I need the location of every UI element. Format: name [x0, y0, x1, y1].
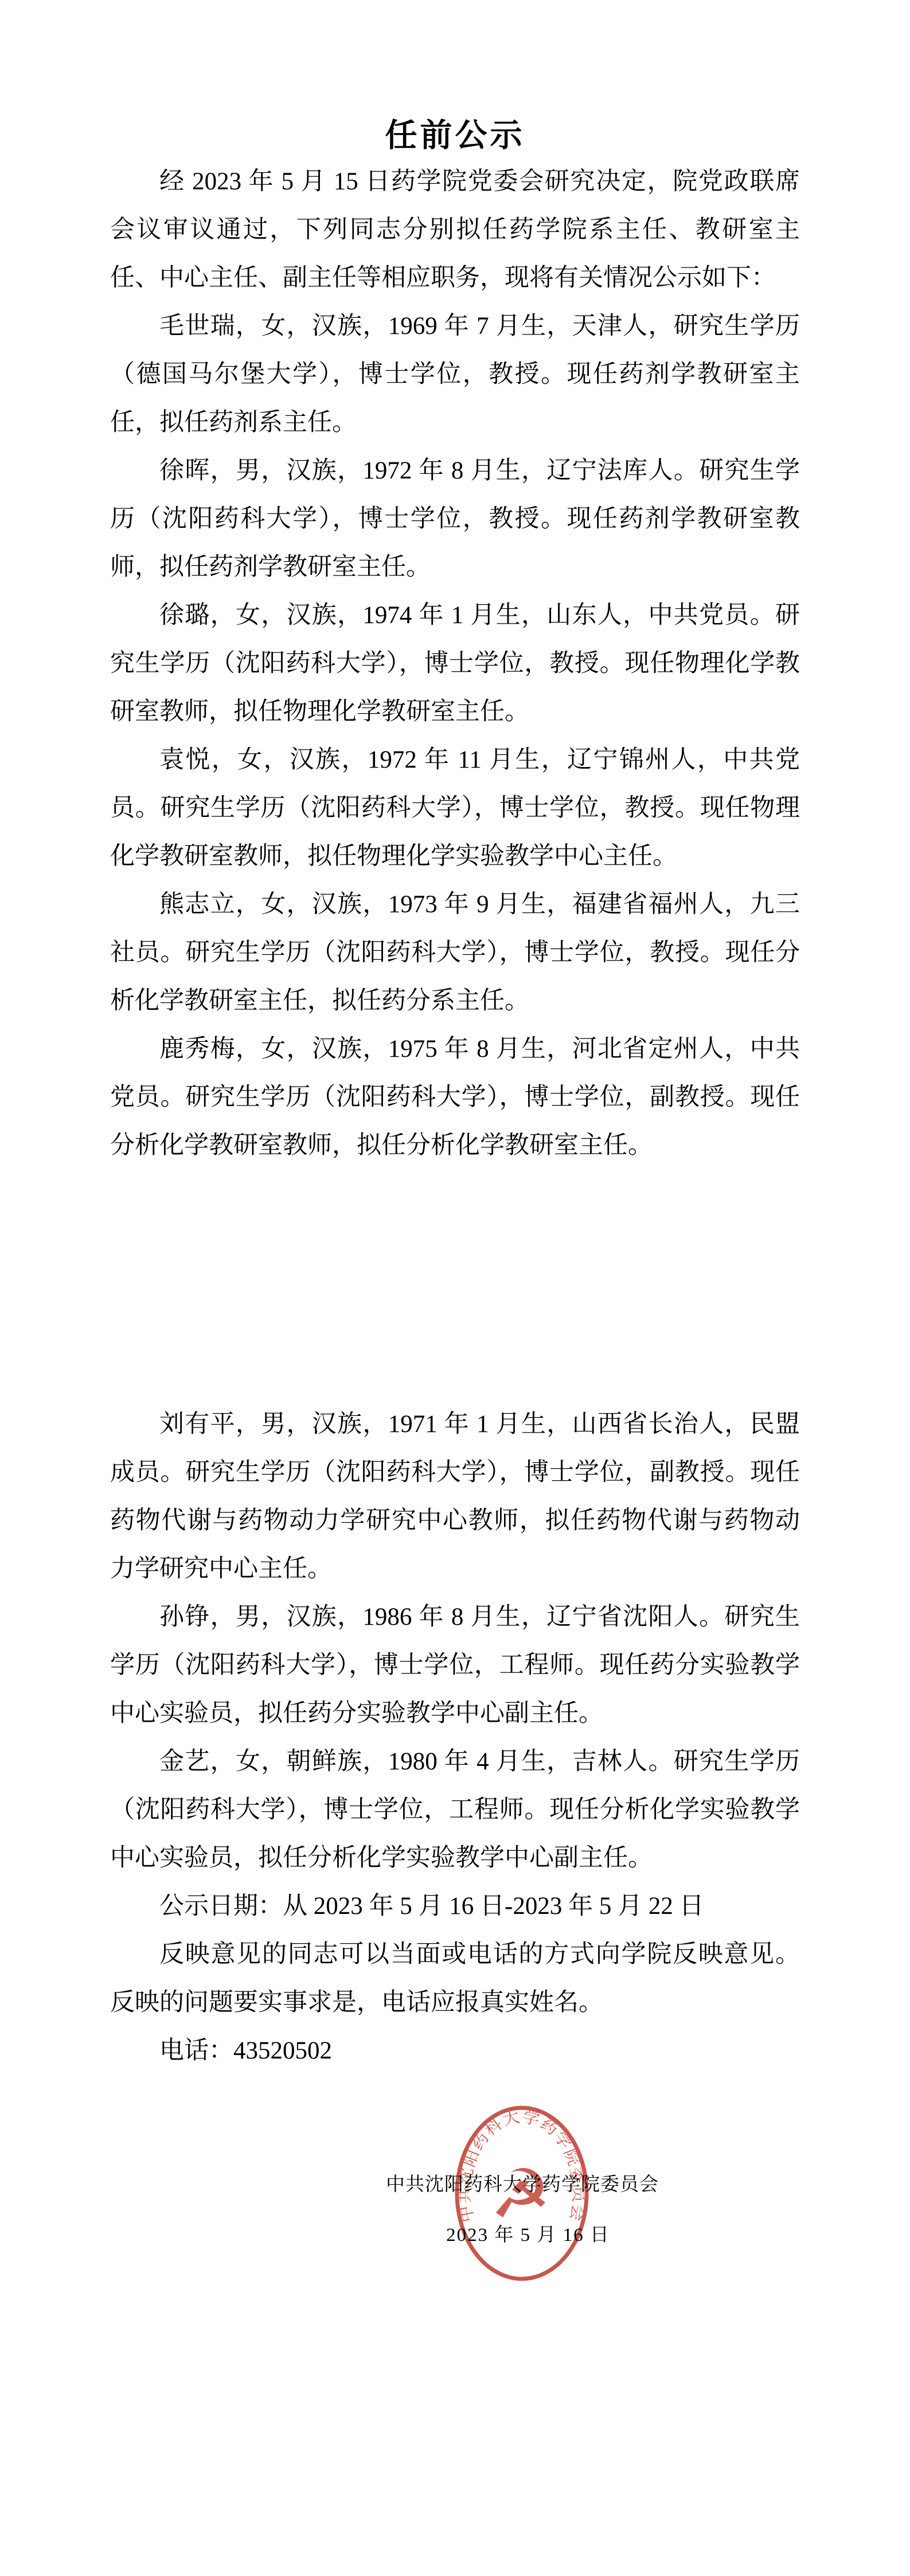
paragraph: 袁悦，女，汉族，1972 年 11 月生，辽宁锦州人，中共党员。研究生学历（沈阳…: [110, 736, 800, 881]
paragraph: 经 2023 年 5 月 15 日药学院党委会研究决定，院党政联席会议审议通过，…: [110, 158, 800, 302]
paragraph: 毛世瑞，女，汉族，1969 年 7 月生，天津人，研究生学历（德国马尔堡大学），…: [110, 302, 800, 447]
paragraph: 刘有平，男，汉族，1971 年 1 月生，山西省长治人，民盟成员。研究生学历（沈…: [110, 1400, 800, 1593]
body-block-2: 刘有平，男，汉族，1971 年 1 月生，山西省长治人，民盟成员。研究生学历（沈…: [110, 1400, 800, 2075]
paragraph: 金艺，女，朝鲜族，1980 年 4 月生，吉林人。研究生学历（沈阳药科大学），博…: [110, 1738, 800, 1882]
paragraph: 电话：43520502: [110, 2027, 800, 2075]
paragraph: 反映意见的同志可以当面或电话的方式向学院反映意见。反映的问题要实事求是，电话应报…: [110, 1931, 800, 2027]
signature-date: 2023 年 5 月 16 日: [146, 2223, 910, 2248]
paragraph: 孙铮，男，汉族，1986 年 8 月生，辽宁省沈阳人。研究生学历（沈阳药科大学）…: [110, 1593, 800, 1738]
paragraph: 鹿秀梅，女，汉族，1975 年 8 月生，河北省定州人，中共党员。研究生学历（沈…: [110, 1025, 800, 1170]
paragraph: 公示日期：从 2023 年 5 月 16 日-2023 年 5 月 22 日: [110, 1882, 800, 1931]
paragraph: 徐璐，女，汉族，1974 年 1 月生，山东人，中共党员。研究生学历（沈阳药科大…: [110, 592, 800, 736]
page-title: 任前公示: [110, 110, 800, 156]
paragraph: 熊志立，女，汉族，1973 年 9 月生，福建省福州人，九三社员。研究生学历（沈…: [110, 881, 800, 1025]
signature-committee: 中共沈阳药科大学药学院委员会: [135, 2172, 910, 2197]
document-page: 任前公示 经 2023 年 5 月 15 日药学院党委会研究决定，院党政联席会议…: [0, 0, 910, 2576]
paragraph: 徐晖，男，汉族，1972 年 8 月生，辽宁法库人。研究生学历（沈阳药科大学），…: [110, 447, 800, 592]
body-block-1: 经 2023 年 5 月 15 日药学院党委会研究决定，院党政联席会议审议通过，…: [110, 158, 800, 1170]
